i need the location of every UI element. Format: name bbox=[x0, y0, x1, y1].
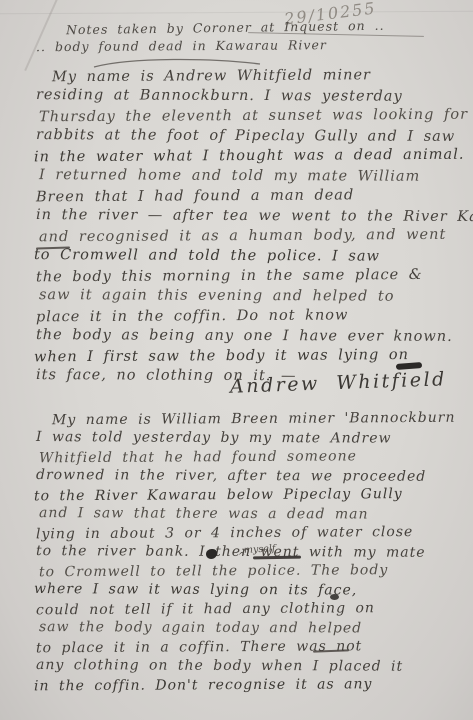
manuscript-line: the body as being any one I have ever kn… bbox=[36, 325, 466, 347]
manuscript-line: My name is Andrew Whitfield miner bbox=[36, 65, 466, 88]
manuscript-line: Breen that I had found a man dead bbox=[36, 185, 466, 208]
manuscript-line: to the River Kawarau below Pipeclay Gull… bbox=[34, 485, 466, 507]
manuscript-line: to place it in a coffin. There was not bbox=[36, 637, 466, 659]
manuscript-line: any clothing on the body when I placed i… bbox=[36, 656, 466, 677]
manuscript-line: saw it again this evening and helped to bbox=[39, 285, 466, 307]
manuscript-line: and recognised it as a human body, and w… bbox=[39, 225, 466, 248]
manuscript-line: Thursday the eleventh at sunset was look… bbox=[39, 105, 466, 128]
manuscript-line: rabbits at the foot of Pipeclay Gully an… bbox=[36, 125, 466, 147]
manuscript-line: where I saw it was lying on its face, bbox=[34, 580, 466, 601]
manuscript-line: and I saw that there was a dead man bbox=[39, 504, 466, 525]
manuscript-line: drowned in the river, after tea we proce… bbox=[36, 466, 466, 487]
heading-line-2: .. body found dead in Kawarau River bbox=[36, 37, 385, 54]
manuscript-line: place it in the coffin. Do not know bbox=[36, 305, 466, 328]
paper-fold-line bbox=[0, 11, 473, 14]
manuscript-line: could not tell if it had any clothing on bbox=[36, 599, 466, 621]
manuscript-line: I was told yesterday by my mate Andrew bbox=[36, 428, 466, 449]
ink-blot bbox=[330, 594, 339, 600]
statement-andrew-whitfield: My name is Andrew Whitfield minerresidin… bbox=[36, 66, 466, 386]
manuscript-line: in the river — after tea we went to the … bbox=[36, 205, 466, 227]
manuscript-line: Whitfield that he had found someone bbox=[39, 447, 466, 469]
manuscript-line: lying in about 3 or 4 inches of water cl… bbox=[36, 523, 466, 545]
manuscript-line: in the water what I thought was a dead a… bbox=[34, 145, 466, 168]
manuscript-line: residing at Bannockburn. I was yesterday bbox=[36, 85, 466, 107]
manuscript-page: 29/10255 Notes taken by Coroner at Inque… bbox=[0, 0, 473, 720]
manuscript-line: to Cromwell and told the police. I saw bbox=[34, 245, 466, 267]
manuscript-line: to Cromwell to tell the police. The body bbox=[39, 561, 466, 583]
heading: Notes taken by Coroner at Inquest on .. … bbox=[36, 20, 385, 53]
manuscript-line: the body this morning in the same place … bbox=[36, 265, 466, 288]
manuscript-line: in the coffin. Don't recognise it as any bbox=[34, 675, 466, 697]
inserted-word: myself bbox=[244, 543, 276, 556]
manuscript-line: I returned home and told my mate William bbox=[39, 165, 466, 187]
manuscript-line: saw the body again today and helped bbox=[39, 618, 466, 639]
manuscript-line: My name is William Breen miner 'Bannockb… bbox=[36, 409, 466, 431]
